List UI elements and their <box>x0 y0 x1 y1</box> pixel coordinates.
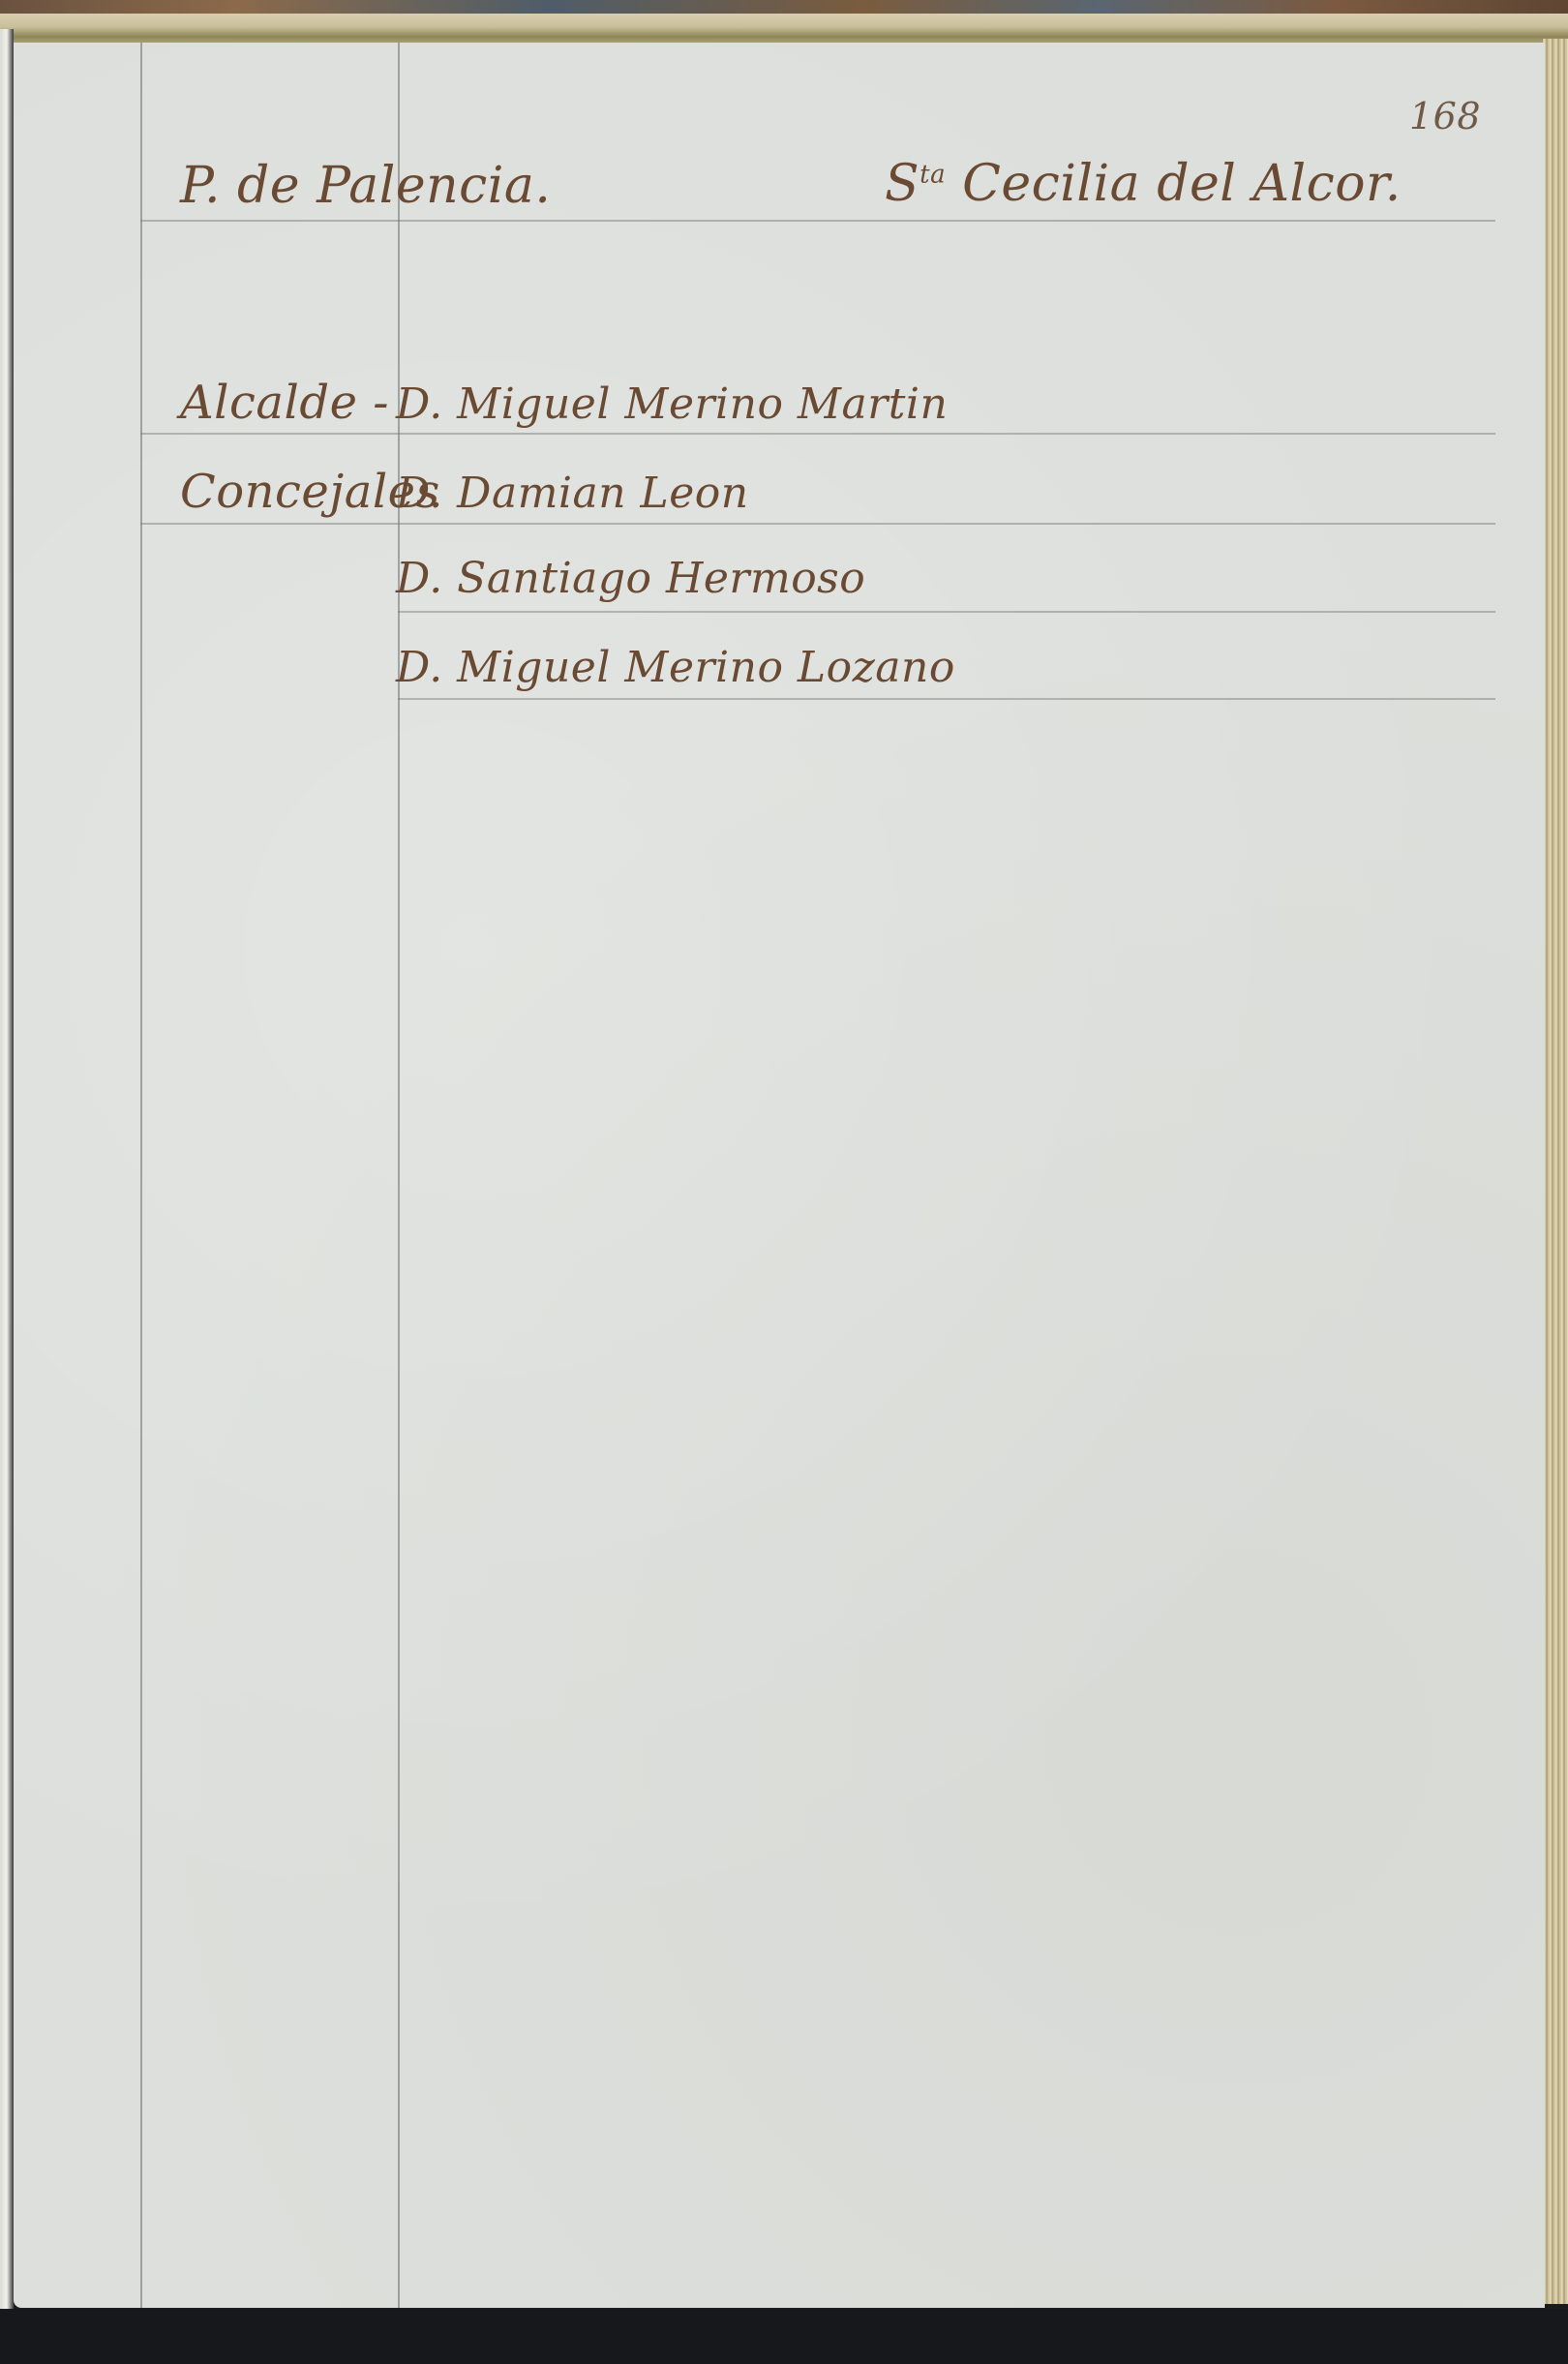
person-name: D. Santiago Hermoso <box>396 554 865 603</box>
role-label: Alcalde - <box>180 376 389 430</box>
left-margin-rule <box>140 43 142 2308</box>
ruled-line-1 <box>140 433 1495 435</box>
person-name: D. Damian Leon <box>396 469 749 518</box>
town-name: Cecilia del Alcor. <box>962 155 1402 213</box>
page-left-edge <box>0 29 14 2314</box>
folio-number: 168 <box>1409 95 1481 137</box>
manuscript-page: 168 P. de Palencia. Sta Cecilia del Alco… <box>14 43 1545 2308</box>
ruled-line-2 <box>140 523 1495 525</box>
ruled-line-4 <box>398 698 1495 700</box>
person-name: D. Miguel Merino Lozano <box>396 643 955 692</box>
header-rule <box>140 220 1495 222</box>
background-shadow <box>0 2309 1568 2364</box>
person-name: D. Miguel Merino Martin <box>396 379 948 429</box>
page-stack-right <box>1543 39 1568 2304</box>
town-heading: Sta Cecilia del Alcor. <box>885 155 1402 213</box>
ruled-line-3 <box>398 611 1495 613</box>
town-prefix: S <box>885 155 920 213</box>
page-edge-top <box>0 14 1568 46</box>
town-prefix-superscript: ta <box>920 161 946 190</box>
province-heading: P. de Palencia. <box>180 157 551 215</box>
